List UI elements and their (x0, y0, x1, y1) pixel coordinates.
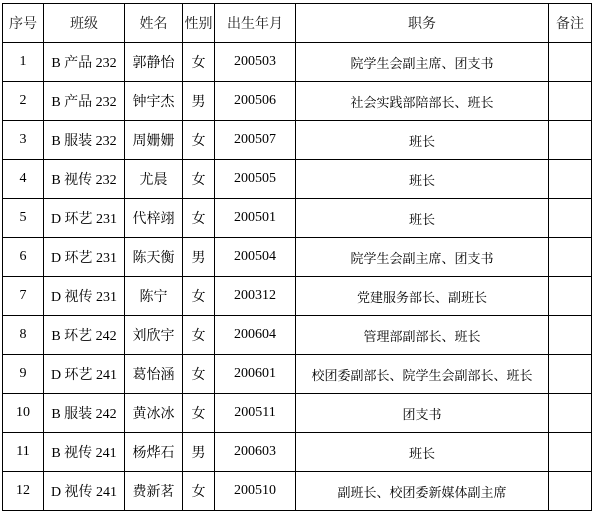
cell-duty: 班长 (296, 121, 549, 160)
header-row: 序号 班级 姓名 性别 出生年月 职务 备注 (3, 4, 592, 43)
header-note: 备注 (549, 4, 592, 43)
cell-gender: 女 (183, 472, 215, 511)
cell-note (549, 121, 592, 160)
cell-name: 尤晨 (125, 160, 183, 199)
cell-birth: 200503 (215, 43, 296, 82)
cell-note (549, 82, 592, 121)
cell-birth: 200504 (215, 238, 296, 277)
table-row: 9D 环艺 241葛怡涵女200601校团委副部长、院学生会副部长、班长 (3, 355, 592, 394)
cell-duty: 院学生会副主席、团支书 (296, 43, 549, 82)
cell-gender: 女 (183, 394, 215, 433)
cell-note (549, 433, 592, 472)
table-row: 3B 服装 232周姗姗女200507班长 (3, 121, 592, 160)
cell-class: D 环艺 231 (44, 199, 125, 238)
cell-name: 黄冰冰 (125, 394, 183, 433)
cell-index: 8 (3, 316, 44, 355)
cell-duty: 党建服务部长、副班长 (296, 277, 549, 316)
student-cadre-table: 序号 班级 姓名 性别 出生年月 职务 备注 1B 产品 232郭静怡女2005… (2, 3, 592, 511)
cell-gender: 男 (183, 82, 215, 121)
cell-name: 郭静怡 (125, 43, 183, 82)
cell-note (549, 160, 592, 199)
cell-gender: 女 (183, 199, 215, 238)
cell-duty: 班长 (296, 160, 549, 199)
cell-class: B 视传 232 (44, 160, 125, 199)
cell-gender: 女 (183, 43, 215, 82)
cell-note (549, 316, 592, 355)
table-row: 7D 视传 231陈宁女200312党建服务部长、副班长 (3, 277, 592, 316)
cell-index: 9 (3, 355, 44, 394)
cell-birth: 200501 (215, 199, 296, 238)
cell-note (549, 472, 592, 511)
cell-index: 12 (3, 472, 44, 511)
header-gender: 性别 (183, 4, 215, 43)
cell-note (549, 394, 592, 433)
cell-index: 7 (3, 277, 44, 316)
cell-index: 2 (3, 82, 44, 121)
cell-index: 4 (3, 160, 44, 199)
cell-birth: 200510 (215, 472, 296, 511)
cell-class: B 服装 232 (44, 121, 125, 160)
cell-index: 11 (3, 433, 44, 472)
cell-note (549, 238, 592, 277)
cell-gender: 男 (183, 238, 215, 277)
cell-duty: 社会实践部陪部长、班长 (296, 82, 549, 121)
table-row: 2B 产品 232钟宇杰男200506社会实践部陪部长、班长 (3, 82, 592, 121)
cell-birth: 200604 (215, 316, 296, 355)
cell-class: B 环艺 242 (44, 316, 125, 355)
cell-name: 钟宇杰 (125, 82, 183, 121)
table-row: 12D 视传 241费新茗女200510副班长、校团委新媒体副主席 (3, 472, 592, 511)
cell-gender: 女 (183, 355, 215, 394)
header-name: 姓名 (125, 4, 183, 43)
cell-birth: 200312 (215, 277, 296, 316)
cell-class: D 环艺 241 (44, 355, 125, 394)
table-row: 10B 服装 242黄冰冰女200511团支书 (3, 394, 592, 433)
cell-name: 费新茗 (125, 472, 183, 511)
cell-class: B 产品 232 (44, 82, 125, 121)
cell-birth: 200601 (215, 355, 296, 394)
table-row: 4B 视传 232尤晨女200505班长 (3, 160, 592, 199)
cell-duty: 班长 (296, 433, 549, 472)
cell-birth: 200603 (215, 433, 296, 472)
cell-class: B 视传 241 (44, 433, 125, 472)
cell-gender: 女 (183, 277, 215, 316)
cell-note (549, 199, 592, 238)
cell-index: 10 (3, 394, 44, 433)
cell-name: 葛怡涵 (125, 355, 183, 394)
cell-index: 3 (3, 121, 44, 160)
cell-class: B 服装 242 (44, 394, 125, 433)
cell-name: 周姗姗 (125, 121, 183, 160)
cell-gender: 女 (183, 160, 215, 199)
cell-gender: 女 (183, 121, 215, 160)
cell-birth: 200507 (215, 121, 296, 160)
cell-name: 陈宁 (125, 277, 183, 316)
cell-note (549, 355, 592, 394)
cell-gender: 女 (183, 316, 215, 355)
header-duty: 职务 (296, 4, 549, 43)
cell-birth: 200505 (215, 160, 296, 199)
cell-class: D 环艺 231 (44, 238, 125, 277)
cell-class: D 视传 241 (44, 472, 125, 511)
cell-duty: 副班长、校团委新媒体副主席 (296, 472, 549, 511)
cell-name: 刘欣宇 (125, 316, 183, 355)
cell-duty: 团支书 (296, 394, 549, 433)
cell-duty: 院学生会副主席、团支书 (296, 238, 549, 277)
header-index: 序号 (3, 4, 44, 43)
cell-class: B 产品 232 (44, 43, 125, 82)
cell-birth: 200506 (215, 82, 296, 121)
cell-gender: 男 (183, 433, 215, 472)
table-row: 5D 环艺 231代梓翊女200501班长 (3, 199, 592, 238)
cell-index: 1 (3, 43, 44, 82)
cell-note (549, 277, 592, 316)
table-row: 1B 产品 232郭静怡女200503院学生会副主席、团支书 (3, 43, 592, 82)
cell-note (549, 43, 592, 82)
cell-index: 6 (3, 238, 44, 277)
cell-name: 陈天衡 (125, 238, 183, 277)
cell-class: D 视传 231 (44, 277, 125, 316)
cell-duty: 校团委副部长、院学生会副部长、班长 (296, 355, 549, 394)
cell-duty: 班长 (296, 199, 549, 238)
cell-name: 代梓翊 (125, 199, 183, 238)
cell-index: 5 (3, 199, 44, 238)
cell-duty: 管理部副部长、班长 (296, 316, 549, 355)
cell-birth: 200511 (215, 394, 296, 433)
table-row: 6D 环艺 231陈天衡男200504院学生会副主席、团支书 (3, 238, 592, 277)
header-birth: 出生年月 (215, 4, 296, 43)
table-row: 11B 视传 241杨烨石男200603班长 (3, 433, 592, 472)
table-row: 8B 环艺 242刘欣宇女200604管理部副部长、班长 (3, 316, 592, 355)
header-class: 班级 (44, 4, 125, 43)
cell-name: 杨烨石 (125, 433, 183, 472)
